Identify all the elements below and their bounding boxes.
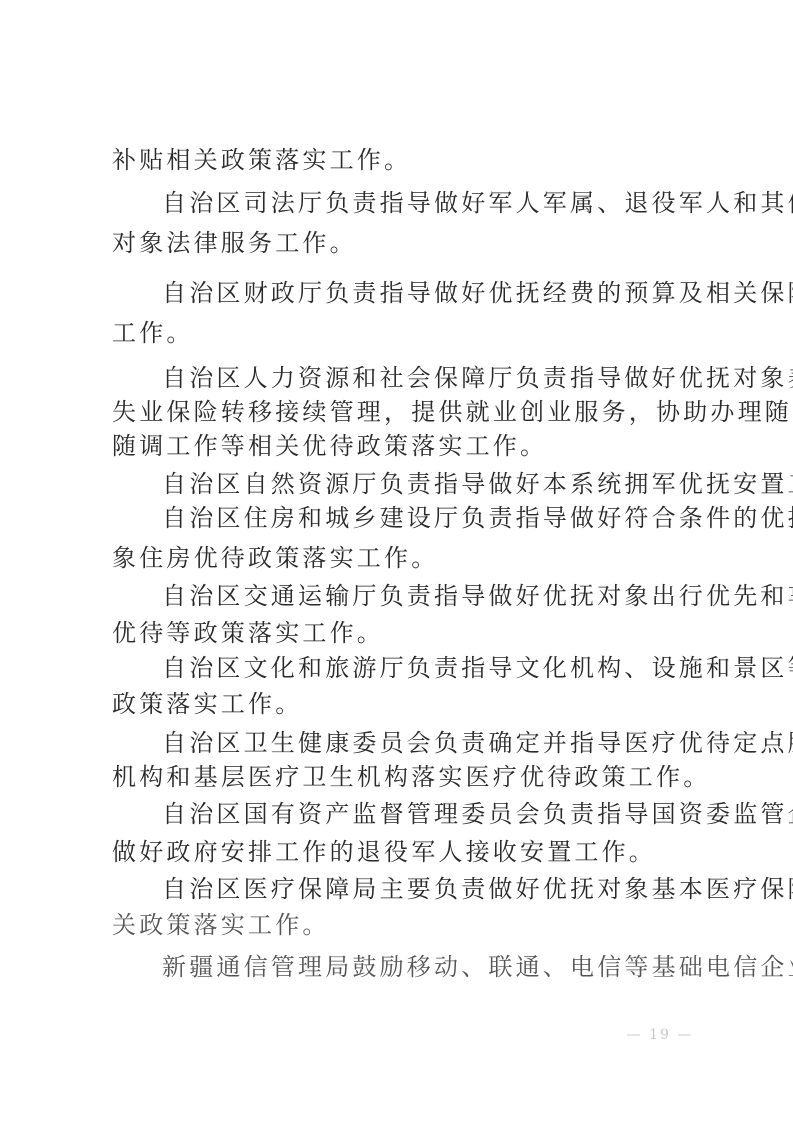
- paragraph-start: 自治区住房和城乡建设厅负责指导做好符合条件的优抚对: [162, 503, 762, 533]
- text-line: 机构和基层医疗卫生机构落实医疗优待政策工作。: [112, 762, 712, 792]
- paragraph-start: 自治区自然资源厅负责指导做好本系统拥军优抚安置工作。: [162, 469, 762, 499]
- text-line: 政策落实工作。: [112, 689, 712, 719]
- text-line: 关政策落实工作。: [112, 910, 712, 940]
- text-line: 做好政府安排工作的退役军人接收安置工作。: [112, 837, 712, 867]
- text-line: 随调工作等相关优待政策落实工作。: [112, 431, 712, 461]
- text-line: 工作。: [112, 318, 712, 348]
- paragraph-start: 自治区国有资产监督管理委员会负责指导国资委监管企业: [162, 799, 762, 829]
- paragraph-start: 自治区财政厅负责指导做好优抚经费的预算及相关保障: [162, 278, 762, 308]
- paragraph-start: 自治区司法厅负责指导做好军人军属、退役军人和其他优抚: [162, 188, 762, 218]
- text-line: 对象法律服务工作。: [112, 228, 712, 258]
- text-line: 象住房优待政策落实工作。: [112, 543, 712, 573]
- paragraph-start: 自治区卫生健康委员会负责确定并指导医疗优待定点服务: [162, 728, 762, 758]
- document-page: 补贴相关政策落实工作。 自治区司法厅负责指导做好军人军属、退役军人和其他优抚 对…: [0, 0, 793, 1121]
- paragraph-start: 自治区文化和旅游厅负责指导文化机构、设施和景区等优待: [162, 653, 762, 683]
- text-line: 补贴相关政策落实工作。: [112, 145, 712, 175]
- paragraph-start: 自治区人力资源和社会保障厅负责指导做好优抚对象养老、: [162, 363, 762, 393]
- page-number: — 19 —: [620, 1027, 700, 1043]
- paragraph-start: 自治区医疗保障局主要负责做好优抚对象基本医疗保障相: [162, 874, 762, 904]
- text-line: 失业保险转移接续管理，提供就业创业服务，协助办理随军家属: [112, 397, 712, 427]
- text-line: 优待等政策落实工作。: [112, 618, 712, 648]
- paragraph-start: 自治区交通运输厅负责指导做好优抚对象出行优先和享受: [162, 581, 762, 611]
- paragraph-start: 新疆通信管理局鼓励移动、联通、电信等基础电信企业落实: [162, 952, 762, 982]
